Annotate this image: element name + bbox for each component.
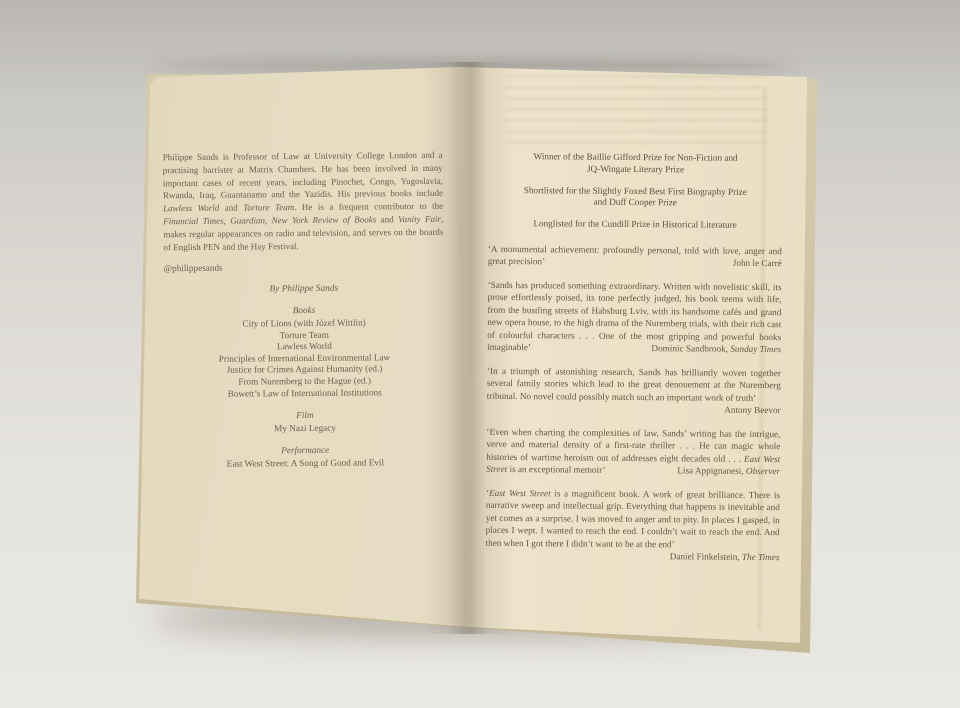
byline: By Philippe Sands [164, 283, 444, 295]
section-heading: Performance [165, 444, 445, 458]
quote-attribution: John le Carré [733, 257, 782, 270]
quote-attribution: Antony Beevor [724, 404, 780, 417]
photo-background: Philippe Sands is Professor of Law at Un… [0, 0, 960, 708]
works-list: BooksCity of Lions (with Józef Wittlin)T… [164, 304, 445, 471]
author-bio: Philippe Sands is Professor of Law at Un… [163, 149, 444, 254]
review-quote: ‘East West Street is a magnificent book.… [485, 487, 780, 564]
review-quote: ‘Even when charting the complexities of … [486, 426, 780, 478]
section-heading: Film [165, 409, 445, 423]
review-quote: ‘In a triumph of astonishing research, S… [487, 365, 781, 417]
twitter-handle: @philippesands [164, 261, 444, 273]
review-quote: ‘Sands has produced something extraordin… [487, 279, 782, 356]
section-heading: Books [164, 304, 444, 318]
quote-attribution: Dominic Sandbrook, Sunday Times [651, 343, 781, 357]
quote-attribution: Lisa Appignanesi, Observer [677, 465, 780, 478]
work-item: Bowett’s Law of International Institutio… [165, 386, 445, 400]
review-quotes: ‘A monumental achievement: profoundly pe… [485, 243, 781, 564]
review-quote: ‘A monumental achievement: profoundly pe… [488, 243, 782, 270]
work-item: East West Street: A Song of Good and Evi… [165, 457, 445, 471]
accolade: Winner of the Baillie Gifford Prize for … [488, 151, 782, 177]
accolades-list: Winner of the Baillie Gifford Prize for … [488, 151, 783, 232]
quote-attribution: Daniel Finkelstein, The Times [670, 551, 780, 564]
accolade: Longlisted for the Cundill Prize in Hist… [488, 218, 782, 232]
reverse-print-show-through [505, 64, 767, 150]
left-page-content: Philippe Sands is Professor of Law at Un… [163, 149, 446, 471]
accolade: Shortlisted for the Slightly Foxed Best … [488, 184, 782, 210]
work-item: My Nazi Legacy [165, 421, 445, 435]
right-page-content: Winner of the Baillie Gifford Prize for … [485, 151, 782, 575]
